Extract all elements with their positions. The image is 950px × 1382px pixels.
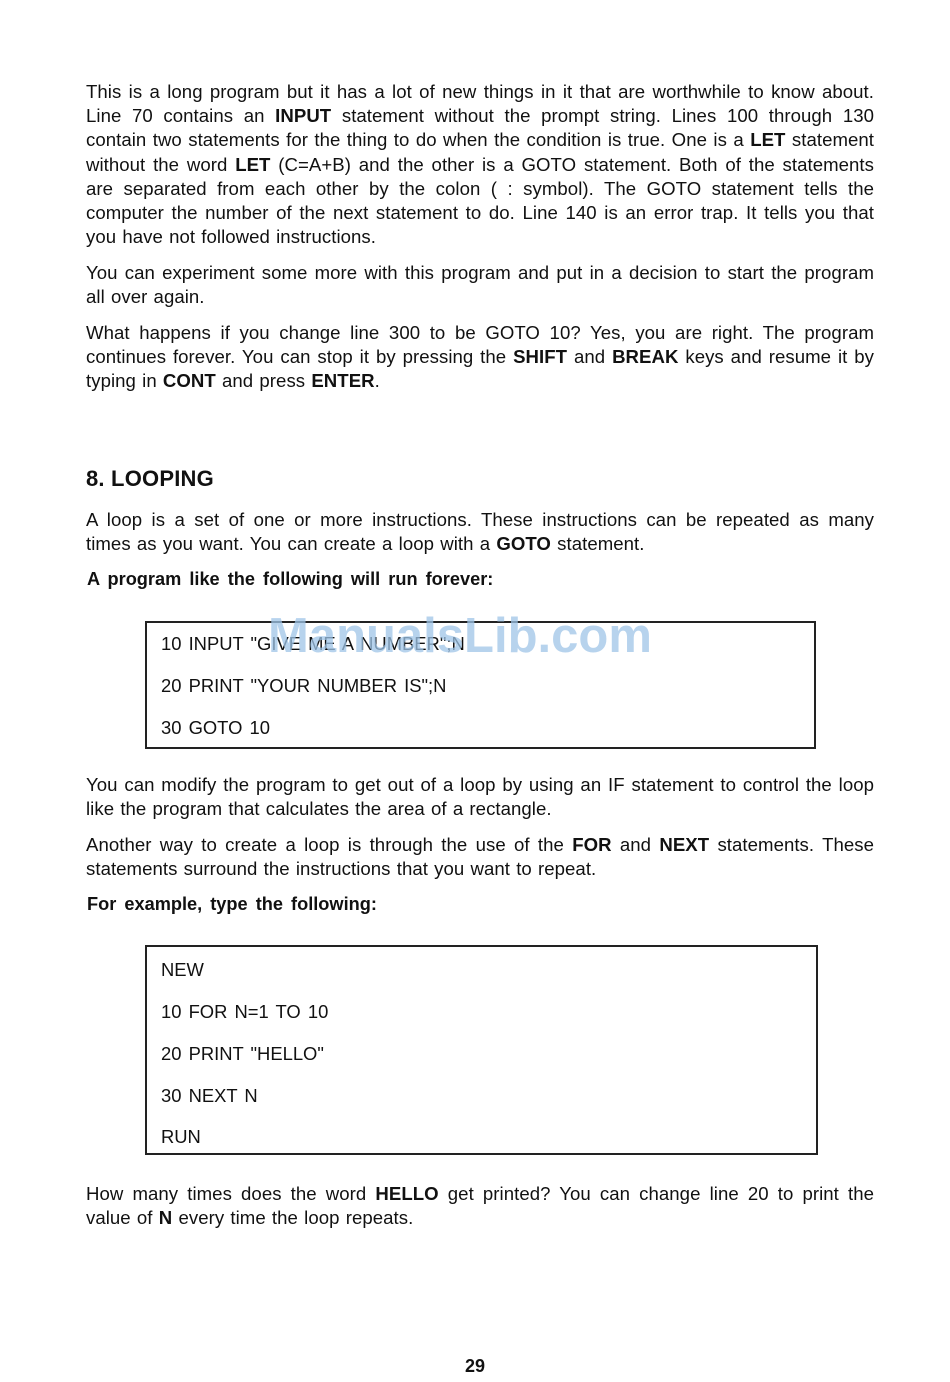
bold-keyword: LET [235, 154, 270, 175]
bold-keyword: CONT [163, 370, 216, 391]
subheading-run-forever: A program like the following will run fo… [87, 569, 493, 590]
manual-page: This is a long program but it has a lot … [0, 0, 950, 1382]
watermark: ManualsLib.com [268, 608, 652, 664]
subheading-example: For example, type the following: [87, 894, 377, 915]
bold-keyword: BREAK [612, 346, 678, 367]
bold-keyword: FOR [572, 834, 611, 855]
bold-keyword: INPUT [275, 105, 331, 126]
bold-keyword: ENTER [311, 370, 374, 391]
bold-keyword: HELLO [375, 1183, 438, 1204]
code-line: 20 PRINT "HELLO" [161, 1043, 324, 1065]
paragraph-for-next: Another way to create a loop is through … [86, 833, 874, 881]
bold-keyword: SHIFT [513, 346, 567, 367]
code-block-for-next: NEW 10 FOR N=1 TO 10 20 PRINT "HELLO" 30… [145, 945, 818, 1155]
code-line: 30 GOTO 10 [161, 717, 270, 739]
code-line: 20 PRINT "YOUR NUMBER IS";N [161, 675, 446, 697]
paragraph-experiment: You can experiment some more with this p… [86, 261, 874, 309]
paragraph-hello-question: How many times does the word HELLO get p… [86, 1182, 874, 1230]
paragraph-program-explanation: This is a long program but it has a lot … [86, 80, 874, 249]
paragraph-loop-definition: A loop is a set of one or more instructi… [86, 508, 874, 556]
code-line: RUN [161, 1126, 201, 1148]
bold-keyword: NEXT [659, 834, 709, 855]
paragraph-modify-loop: You can modify the program to get out of… [86, 773, 874, 821]
code-line: NEW [161, 959, 204, 981]
bold-keyword: GOTO [496, 533, 551, 554]
section-heading: 8. LOOPING [86, 466, 214, 492]
paragraph-goto-forever: What happens if you change line 300 to b… [86, 321, 874, 394]
code-line: 10 FOR N=1 TO 10 [161, 1001, 328, 1023]
bold-keyword: LET [750, 129, 785, 150]
bold-keyword: N [159, 1207, 172, 1228]
code-line: 30 NEXT N [161, 1085, 258, 1107]
page-number: 29 [0, 1356, 950, 1377]
